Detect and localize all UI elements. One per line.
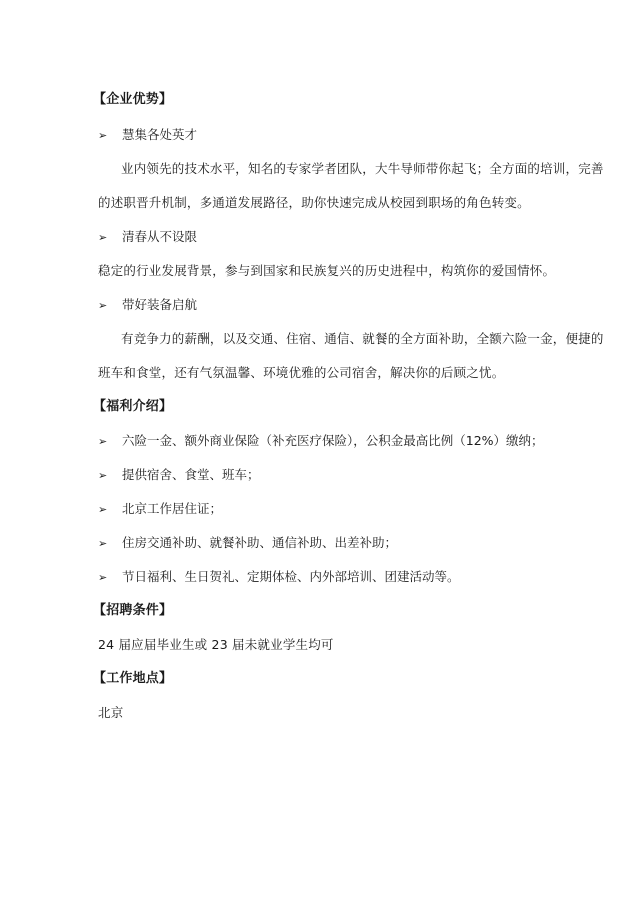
advantage-item-1-body-line2: 的述职晋升机制，多通道发展路径，助你快速完成从校园到职场的角色转变。 (98, 195, 530, 211)
advantage-item-3-body-line2: 班车和食堂，还有气氛温馨、环境优雅的公司宿舍，解决你的后顾之忧。 (98, 365, 504, 381)
arrow-bullet-icon: ➢ (98, 434, 122, 450)
arrow-bullet-icon: ➢ (98, 468, 122, 484)
arrow-bullet-icon: ➢ (98, 128, 122, 144)
section-heading-requirements: 【招聘条件】 (93, 603, 172, 619)
requirements-text: 24 届应届毕业生或 23 届未就业学生均可 (98, 637, 334, 653)
benefit-item: ➢节日福利、生日贺礼、定期体检、内外部培训、团建活动等。 (98, 569, 460, 586)
section-heading-benefits: 【福利介绍】 (93, 399, 172, 415)
section-heading-location: 【工作地点】 (93, 671, 172, 687)
advantage-item-2-title: ➢清春从不设限 (98, 229, 197, 246)
benefit-item: ➢提供宿舍、食堂、班车； (98, 467, 260, 484)
arrow-bullet-icon: ➢ (98, 570, 122, 586)
advantage-item-3-body-line1: 有竞争力的薪酬，以及交通、住宿、通信、就餐的全方面补助，全额六险一金，便捷的 (121, 331, 604, 347)
benefit-item: ➢住房交通补助、就餐补助、通信补助、出差补助； (98, 535, 397, 552)
benefit-item: ➢六险一金、额外商业保险（补充医疗保险），公积金最高比例（12%）缴纳； (98, 433, 544, 450)
arrow-bullet-icon: ➢ (98, 536, 122, 552)
advantage-item-3-title: ➢带好装备启航 (98, 297, 197, 314)
arrow-bullet-icon: ➢ (98, 230, 122, 246)
section-heading-advantages: 【企业优势】 (93, 92, 172, 108)
advantage-item-2-body-line1: 稳定的行业发展背景，参与到国家和民族复兴的历史进程中，构筑你的爱国情怀。 (98, 263, 555, 279)
advantage-item-1-title: ➢慧集各处英才 (98, 127, 197, 144)
arrow-bullet-icon: ➢ (98, 502, 122, 518)
document-page: 【企业优势】 ➢慧集各处英才 业内领先的技术水平，知名的专家学者团队，大牛导师带… (0, 0, 639, 919)
arrow-bullet-icon: ➢ (98, 298, 122, 314)
advantage-item-1-body-line1: 业内领先的技术水平，知名的专家学者团队，大牛导师带你起飞；全方面的培训，完善 (121, 161, 604, 177)
location-text: 北京 (98, 705, 123, 721)
benefit-item: ➢北京工作居住证； (98, 501, 222, 518)
